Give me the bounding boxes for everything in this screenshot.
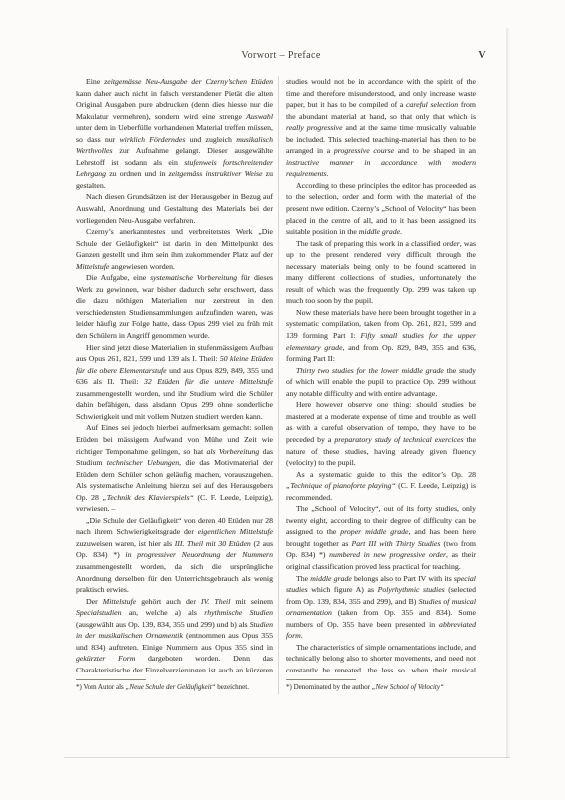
text-segment: Nach diesen Grundsätzen ist der Herausge… bbox=[76, 192, 273, 224]
scan-edge-shadow-right bbox=[506, 28, 510, 758]
text-segment: The task of preparing this work in a cla… bbox=[296, 239, 443, 248]
emphasized-text: preparatory study of technical exercices bbox=[334, 435, 463, 444]
paragraph: According to these principles the editor… bbox=[286, 180, 476, 238]
text-segment: belongs also to Part IV with its bbox=[352, 574, 454, 583]
left-column-german: Eine zeitgemässe Neu-Ausgabe der Czerny’… bbox=[76, 76, 278, 694]
emphasized-text: in progressiver Neuordnung der Nummern bbox=[125, 550, 273, 559]
text-segment: Der bbox=[86, 597, 103, 606]
left-footnote: *) Vom Autor als „Neue Schule der Geläuf… bbox=[76, 676, 278, 692]
paragraph: Thirty two studies for the lower middle … bbox=[286, 365, 476, 400]
paragraph: Nach diesen Grundsätzen ist der Herausge… bbox=[76, 191, 273, 226]
emphasized-text: als Vorbereitung bbox=[206, 447, 259, 456]
scanned-book-page: Vorwort – Preface V Eine zeitgemässe Neu… bbox=[0, 0, 565, 800]
emphasized-text: „New School of Velocity“ bbox=[372, 683, 444, 691]
emphasized-text: Polyrhythmic studies bbox=[378, 585, 445, 594]
emphasized-text: wirklich Förderndes bbox=[119, 135, 185, 144]
emphasized-text: numbered in new progressive order bbox=[329, 550, 446, 559]
emphasized-text: „Technique of pianoforte playing“ bbox=[286, 481, 396, 490]
emphasized-text: middle grade bbox=[359, 227, 400, 236]
paragraph: Here however observe one thing: should s… bbox=[286, 399, 476, 468]
text-segment: (ausgewählt aus Op. 139, 834, 355 und 29… bbox=[76, 620, 250, 629]
page-title: Vorwort – Preface bbox=[76, 50, 486, 61]
paragraph: Hier sind jetzt diese Materialien in stu… bbox=[76, 342, 273, 423]
paragraph: Die Aufgabe, eine systematische Vorberei… bbox=[76, 272, 273, 341]
emphasized-text: middle grade bbox=[310, 574, 352, 583]
emphasized-text: technischer Uebungen bbox=[107, 458, 179, 467]
text-segment: zu ordnen und in bbox=[106, 169, 169, 178]
text-segment: gehört auch der bbox=[136, 597, 201, 606]
text-segment: an, welche a) als bbox=[121, 608, 204, 617]
emphasized-text: 32 Etüden für die untere Mittelstufe bbox=[144, 377, 273, 386]
left-column-body: Eine zeitgemässe Neu-Ausgabe der Czerny’… bbox=[76, 76, 273, 672]
text-segment: . bbox=[327, 169, 329, 178]
emphasized-text: order bbox=[443, 239, 460, 248]
text-segment: zusammengestellt worden, und ihr Studium… bbox=[76, 389, 273, 421]
emphasized-text: gekürzter Form bbox=[76, 654, 135, 663]
text-segment: *) Vom Autor als bbox=[76, 683, 126, 691]
text-segment: *) Denominated by the author bbox=[286, 683, 372, 691]
emphasized-text: systematische Vorbereitung bbox=[150, 273, 237, 282]
emphasized-text: proper middle grade bbox=[340, 527, 408, 536]
right-column-english: studies would not be in accordance with … bbox=[279, 76, 476, 694]
text-segment: angewiesen worden. bbox=[109, 262, 175, 271]
paragraph: Now these materials have here been broug… bbox=[286, 307, 476, 365]
text-segment: Czerny’s anerkanntestes und verbreitetst… bbox=[76, 227, 273, 259]
emphasized-text: careful selection bbox=[406, 100, 458, 109]
paragraph: Eine zeitgemässe Neu-Ausgabe der Czerny’… bbox=[76, 76, 273, 191]
emphasized-text: eigentlichen Mittelstufe bbox=[198, 527, 273, 536]
emphasized-text: Mittelstufe bbox=[103, 597, 136, 606]
emphasized-text: IV. Theil bbox=[201, 597, 230, 606]
emphasized-text: really progressive bbox=[286, 123, 343, 132]
paragraph: Czerny’s anerkanntestes und verbreitetst… bbox=[76, 226, 273, 272]
text-columns: Eine zeitgemässe Neu-Ausgabe der Czerny’… bbox=[76, 76, 487, 694]
paragraph: The middle grade belongs also to Part IV… bbox=[286, 573, 476, 642]
text-segment: und zugleich bbox=[185, 135, 236, 144]
text-segment: zuzuweisen waren, ist hier als bbox=[76, 539, 175, 548]
left-footnote-text: *) Vom Autor als „Neue Schule der Geläuf… bbox=[76, 683, 273, 692]
paragraph: Der Mittelstufe gehört auch der IV. Thei… bbox=[76, 596, 273, 672]
page-number: V bbox=[478, 50, 486, 61]
emphasized-text: „Technik des Klavierspiels“ bbox=[102, 493, 193, 502]
emphasized-text: zeitgemäss instruktiver Weise bbox=[169, 169, 263, 178]
text-segment: which figure A) as bbox=[308, 585, 378, 594]
emphasized-text: Auswahl bbox=[246, 112, 273, 121]
right-footnote-text: *) Denominated by the author „New School… bbox=[286, 683, 476, 692]
text-segment: für dieses Werk zu gewinnen, war bisher … bbox=[76, 273, 273, 340]
text-segment: mit seinem bbox=[230, 597, 273, 606]
scan-edge-line-bottom bbox=[64, 757, 510, 758]
emphasized-text: instructive manner in accordance with mo… bbox=[286, 158, 476, 179]
text-segment: and to be shaped in an bbox=[394, 146, 476, 155]
emphasized-text: Part III with Thirty Studies bbox=[351, 539, 440, 548]
paragraph: As a systematic guide to this the editor… bbox=[286, 469, 476, 504]
paragraph: studies would not be in accordance with … bbox=[286, 76, 476, 180]
paragraph: The „School of Velocity“, out of its for… bbox=[286, 503, 476, 572]
paragraph: Auf Eines sei jedoch hierbei aufmerksam … bbox=[76, 422, 273, 514]
left-footnote-rule bbox=[76, 679, 146, 680]
text-segment: The characteristics of simple ornamentat… bbox=[286, 643, 476, 672]
text-segment: zusammengestellt worden, da sich die urs… bbox=[76, 562, 273, 594]
text-segment: , was up to the present rendered very di… bbox=[286, 239, 476, 306]
text-segment: bezeichnet. bbox=[216, 683, 249, 691]
emphasized-text: zeitgemässe Neu-Ausgabe der Czerny’schen… bbox=[104, 77, 273, 86]
emphasized-text: „Neue Schule der Geläufigkeit“ bbox=[126, 683, 216, 691]
paragraph: The task of preparing this work in a cla… bbox=[286, 238, 476, 307]
right-footnote-rule bbox=[286, 679, 356, 680]
emphasized-text: Thirty two studies for the lower middle … bbox=[296, 366, 444, 375]
emphasized-text: progressive course bbox=[334, 146, 394, 155]
text-segment: As a systematic guide to this the editor… bbox=[296, 470, 476, 479]
text-segment: The bbox=[296, 574, 310, 583]
emphasized-text: III. Theil mit 30 Etüden bbox=[175, 539, 251, 548]
text-segment: . bbox=[400, 227, 402, 236]
text-segment: . bbox=[301, 631, 303, 640]
right-column-body: studies would not be in accordance with … bbox=[286, 76, 476, 672]
page-header: Vorwort – Preface V bbox=[76, 50, 486, 66]
paragraph: The characteristics of simple ornamentat… bbox=[286, 642, 476, 672]
right-footnote: *) Denominated by the author „New School… bbox=[286, 676, 476, 692]
emphasized-text: rhythmische Studien bbox=[204, 608, 273, 617]
text-segment: kann daher auch nicht in falsch verstand… bbox=[76, 89, 273, 121]
text-segment: Eine bbox=[86, 77, 104, 86]
text-segment: Die Aufgabe, eine bbox=[86, 273, 150, 282]
emphasized-text: Mittelstufe bbox=[76, 262, 109, 271]
emphasized-text: Specialstudien bbox=[76, 608, 121, 617]
paragraph: „Die Schule der Geläufigkeit“ von deren … bbox=[76, 515, 273, 596]
